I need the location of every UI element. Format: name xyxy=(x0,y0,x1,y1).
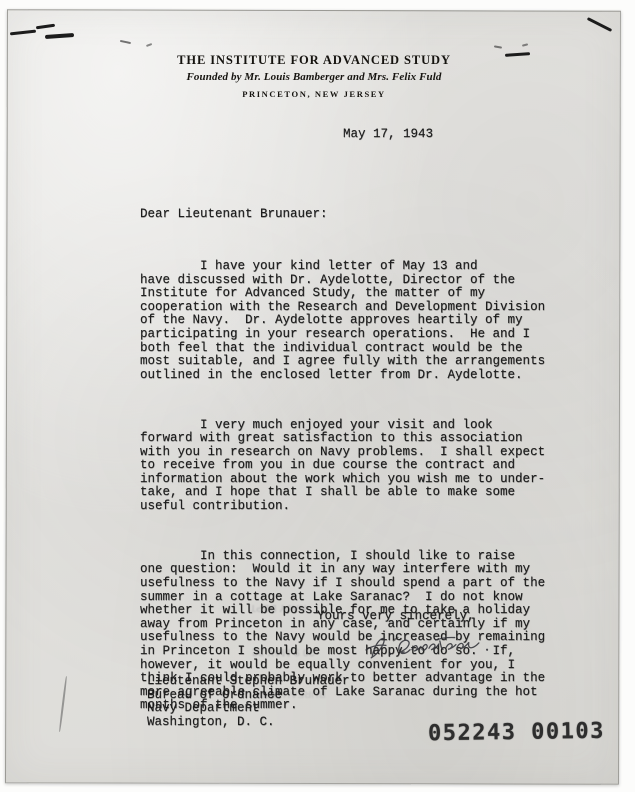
archive-number-stamp: 052243 00103 xyxy=(428,719,605,746)
paragraph-1: I have your kind letter of May 13 and ha… xyxy=(140,260,545,382)
signature-drawing xyxy=(356,628,522,668)
letter-date: May 17, 1943 xyxy=(343,128,433,142)
paragraph-2: I very much enjoyed your visit and look … xyxy=(140,419,545,514)
letterhead-title: THE INSTITUTE FOR ADVANCED STUDY xyxy=(0,53,628,68)
recipient-address: Lieutenant Stephen Brunauer Bureau of Or… xyxy=(147,675,350,729)
scanned-letter-page: NAVY DEPT 00 9 MAY 22 BUREAU ORD THE INS… xyxy=(0,0,635,792)
closing-line: Yours very sincerely, xyxy=(317,610,475,624)
letterhead-city: PRINCETON, NEW JERSEY xyxy=(0,89,628,99)
einstein-signature xyxy=(356,628,522,668)
salutation: Dear Lieutenant Brunauer: xyxy=(140,208,545,222)
letterhead-founders: Founded by Mr. Louis Bamberger and Mrs. … xyxy=(0,71,628,83)
